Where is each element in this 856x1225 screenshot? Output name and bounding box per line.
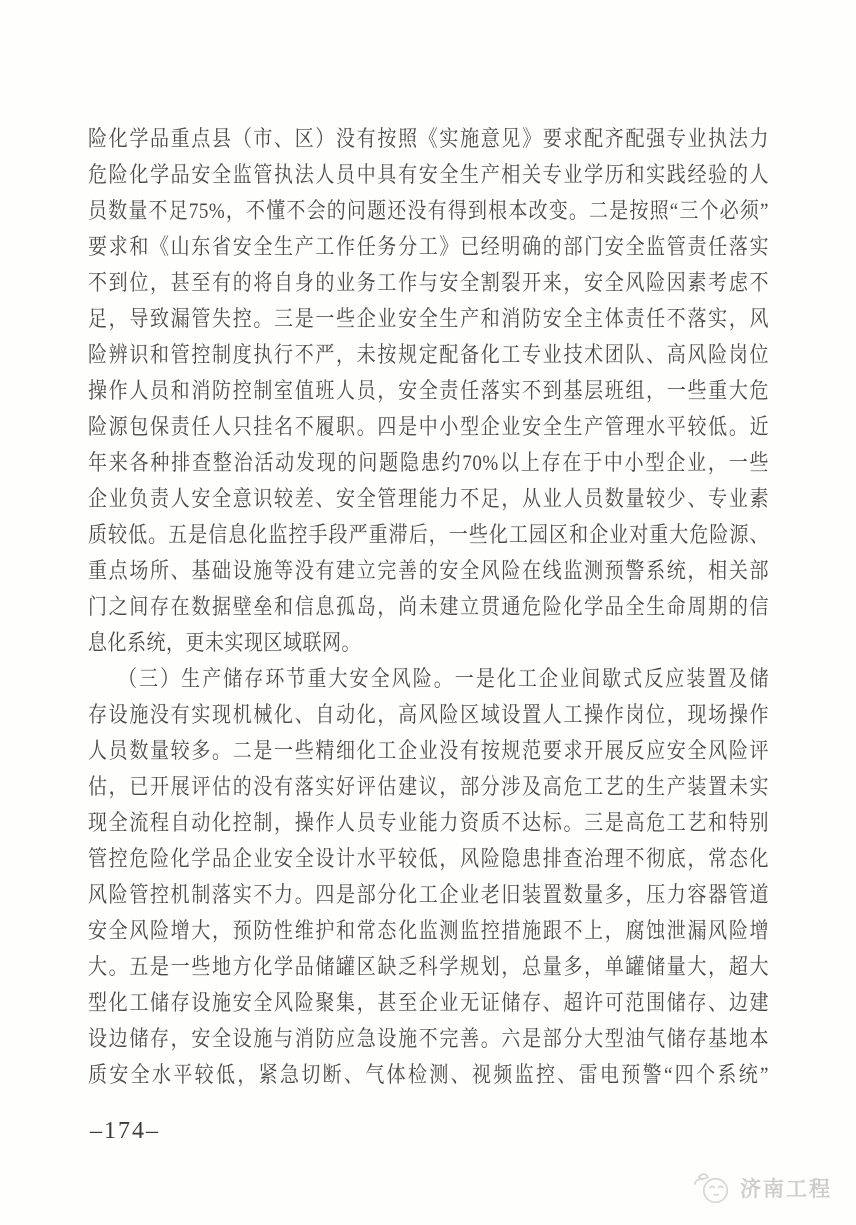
- document-text: 险化学品重点县（市、区）没有按照《实施意见》要求配齐配强专业执法力量， 危险化学…: [88, 122, 769, 1094]
- paragraph-continuation: 险化学品重点县（市、区）没有按照《实施意见》要求配齐配强专业执法力量， 危险化学…: [88, 122, 769, 662]
- watermark-mascot-icon: [692, 1170, 734, 1206]
- page-number: –174–: [90, 1118, 160, 1145]
- scanned-document-page: 险化学品重点县（市、区）没有按照《实施意见》要求配齐配强专业执法力量， 危险化学…: [0, 0, 856, 1225]
- watermark-text: 济南工程: [740, 1173, 832, 1203]
- text-line: 质安全水平较低，紧急切断、气体检测、视频监控、雷电预警“四个系统”: [88, 1055, 769, 1097]
- watermark: 济南工程: [692, 1170, 832, 1206]
- paragraph-section-three: （三）生产储存环节重大安全风险。一是化工企业间歇式反应装置及储 存设施没有实现机…: [88, 662, 769, 1094]
